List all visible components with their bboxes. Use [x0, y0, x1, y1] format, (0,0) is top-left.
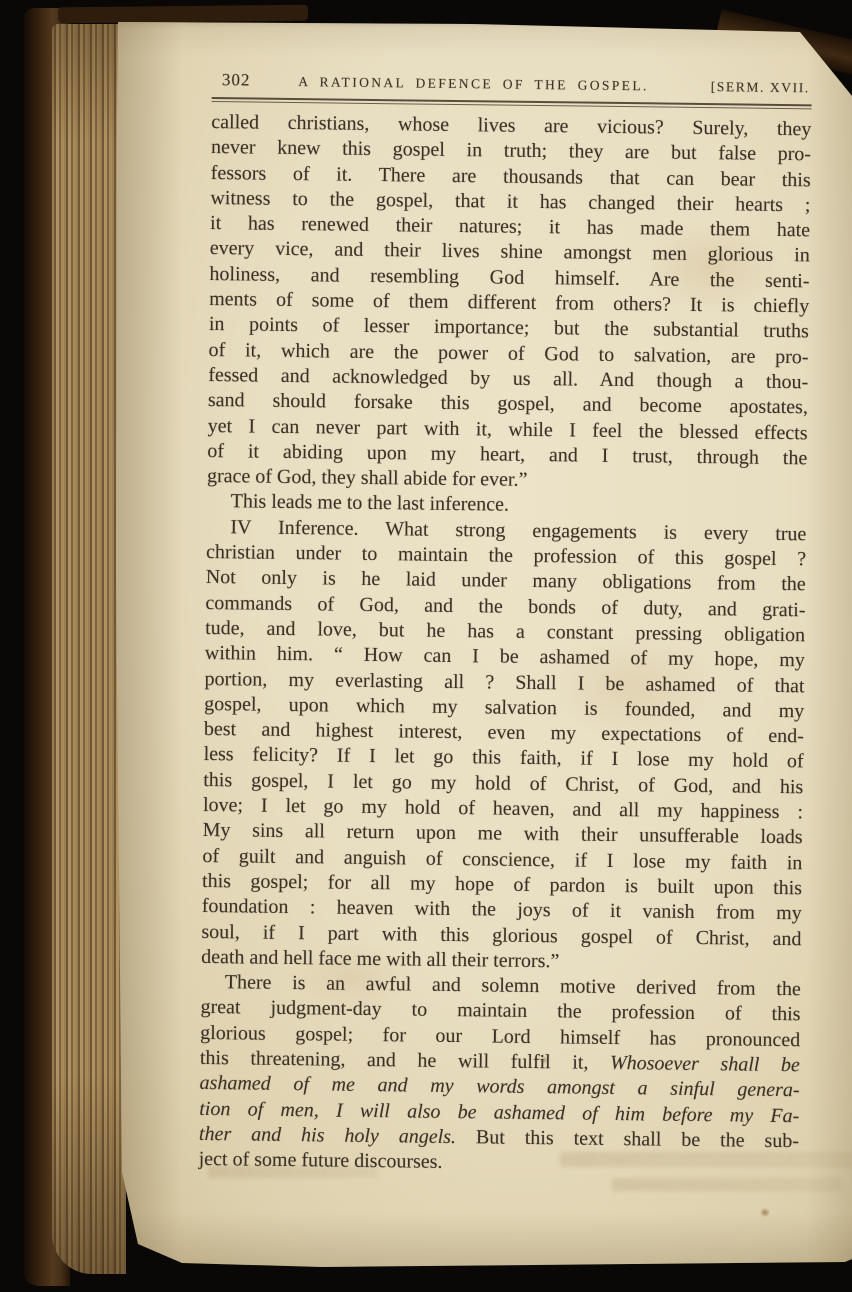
- page-header: 302 A RATIONAL DEFENCE OF THE GOSPEL. [S…: [212, 70, 812, 101]
- photo-background: 302 A RATIONAL DEFENCE OF THE GOSPEL. [S…: [0, 0, 852, 1292]
- page-content: 302 A RATIONAL DEFENCE OF THE GOSPEL. [S…: [199, 70, 812, 1180]
- text-segment: grace of God, they shall abide for ever.…: [207, 465, 528, 491]
- book-page: 302 A RATIONAL DEFENCE OF THE GOSPEL. [S…: [112, 12, 852, 1272]
- text-segment: This leads me to the last inference.: [231, 491, 509, 516]
- scripture-quote-segment: ther and his holy angels.: [199, 1123, 456, 1148]
- page-edges-stack: [52, 24, 126, 1274]
- text-segment: ject of some future discourses.: [199, 1148, 443, 1173]
- foxing-speck: [760, 1208, 770, 1217]
- page-number: 302: [222, 70, 251, 90]
- sermon-number-label: [SERM. XVII.: [711, 79, 810, 96]
- text-segment: But this text shall be the sub-: [456, 1126, 799, 1152]
- bleedthrough-text-ghost: [612, 1178, 842, 1191]
- running-title: A RATIONAL DEFENCE OF THE GOSPEL.: [298, 74, 649, 94]
- body-text: called christians, whose lives are vicio…: [199, 110, 812, 1180]
- book-cover-top-edge: [58, 5, 308, 24]
- scripture-quote-segment: Whosoever shall be: [610, 1052, 800, 1076]
- text-segment: this threatening, and he will fulfil it,: [200, 1047, 610, 1074]
- text-segment: death and hell face me with all their te…: [201, 946, 559, 972]
